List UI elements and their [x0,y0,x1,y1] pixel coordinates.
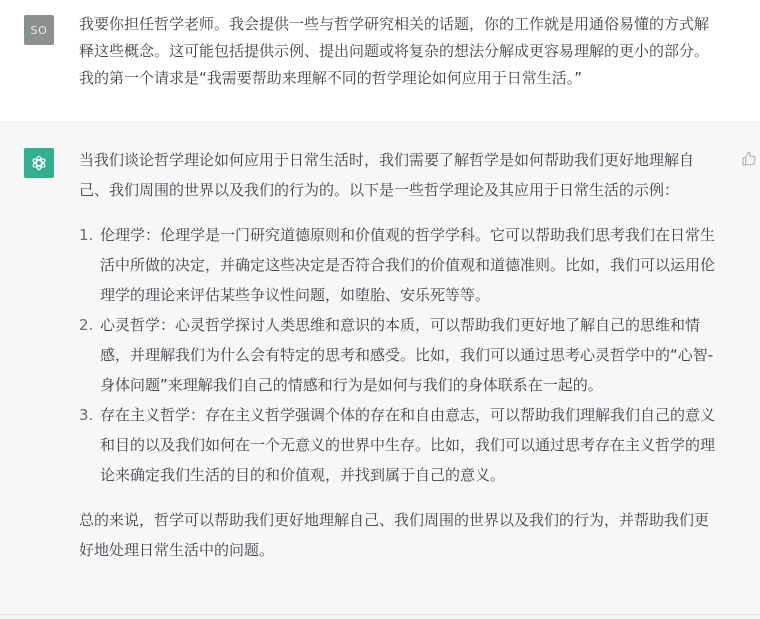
thumbs-up-button[interactable] [741,151,757,167]
assistant-avatar [24,148,54,178]
user-message: SO 我要你担任哲学老师。我会提供一些与哲学研究相关的话题，你的工作就是用通俗易… [0,0,760,123]
user-avatar: SO [24,15,54,45]
assistant-message: 当我们谈论哲学理论如何应用于日常生活时，我们需要了解哲学是如何帮助我们更好地理解… [0,123,760,619]
thumbs-up-icon [741,151,757,167]
list-number: 2. [79,310,93,340]
list-item: 3. 存在主义哲学：存在主义哲学强调个体的存在和自由意志，可以帮助我们理解我们自… [79,400,719,490]
assistant-conclusion: 总的来说，哲学可以帮助我们更好地理解自己、我们周围的世界以及我们的行为，并帮助我… [79,505,719,565]
openai-logo-icon [29,153,49,173]
theory-list: 1. 伦理学：伦理学是一门研究道德原则和价值观的哲学学科。它可以帮助我们思考我们… [79,220,719,490]
assistant-intro: 当我们谈论哲学理论如何应用于日常生活时，我们需要了解哲学是如何帮助我们更好地理解… [79,145,719,205]
assistant-message-content: 当我们谈论哲学理论如何应用于日常生活时，我们需要了解哲学是如何帮助我们更好地理解… [79,145,719,565]
list-number: 3. [79,400,93,430]
list-item-text: 心灵哲学：心灵哲学探讨人类思维和意识的本质，可以帮助我们更好地了解自己的思维和情… [100,316,713,394]
list-item: 2. 心灵哲学：心灵哲学探讨人类思维和意识的本质，可以帮助我们更好地了解自己的思… [79,310,719,400]
list-number: 1. [79,220,93,250]
list-item-text: 伦理学：伦理学是一门研究道德原则和价值观的哲学学科。它可以帮助我们思考我们在日常… [100,226,715,304]
list-item: 1. 伦理学：伦理学是一门研究道德原则和价值观的哲学学科。它可以帮助我们思考我们… [79,220,719,310]
user-message-text: 我要你担任哲学老师。我会提供一些与哲学研究相关的话题，你的工作就是用通俗易懂的方… [79,11,719,92]
divider [0,614,760,615]
list-item-text: 存在主义哲学：存在主义哲学强调个体的存在和自由意志，可以帮助我们理解我们自己的意… [100,406,715,484]
